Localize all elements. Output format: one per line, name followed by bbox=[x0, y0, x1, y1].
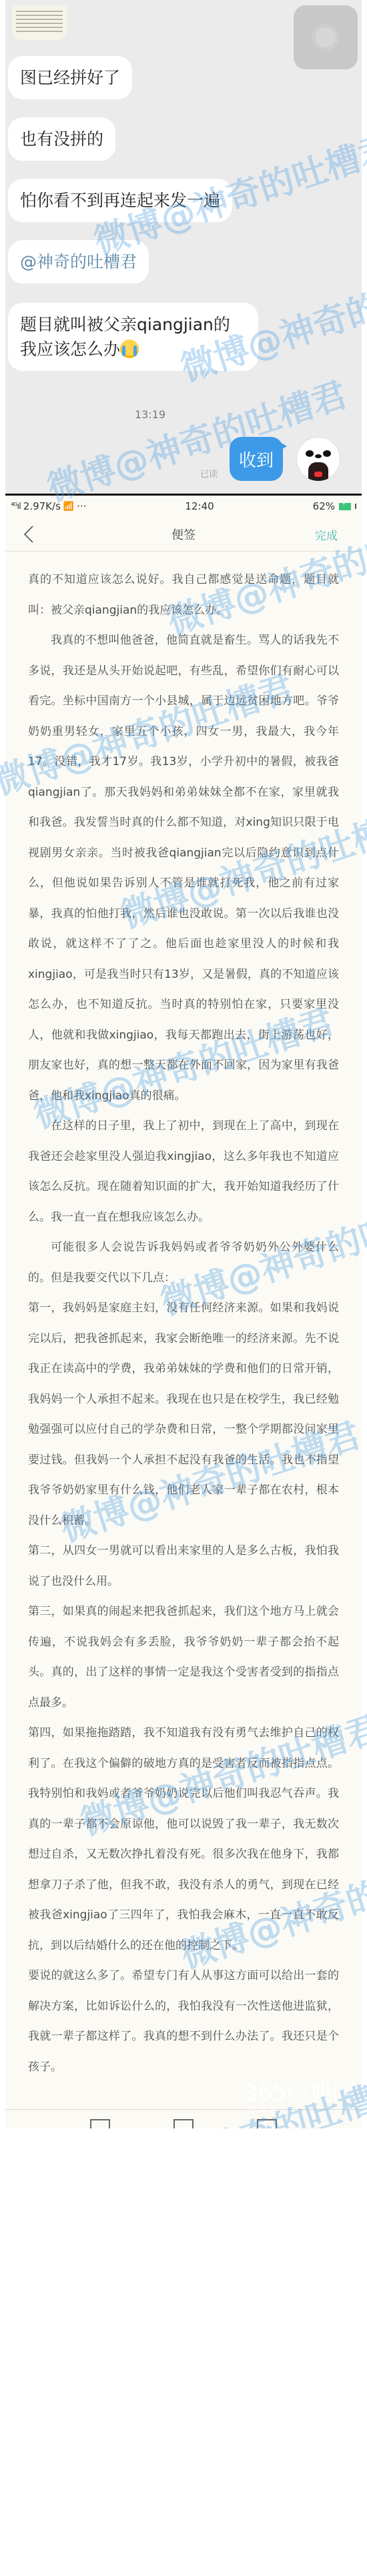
share-icon[interactable] bbox=[257, 2119, 277, 2128]
battery-tip-icon bbox=[355, 504, 356, 509]
page-title: 便签 bbox=[171, 526, 196, 543]
read-receipt: 已读 bbox=[200, 467, 218, 480]
site-watermark: 365经典网 WWW.365J.COM bbox=[244, 2082, 355, 2114]
back-chevron-icon[interactable] bbox=[23, 525, 35, 544]
paragraph: 要说的就这么多了。希望专门有人从事这方面可以给出一套的解决方案，比如诉讼什么的，… bbox=[28, 1961, 339, 2082]
message-bubble: 也有没拼的 bbox=[8, 117, 115, 161]
message-bubble: 图已经拼好了 bbox=[8, 56, 132, 99]
paragraph: 第四，如果拖拖踏踏，我不知道我有没有勇气去维护自己的权利了。在我这个偏僻的破地方… bbox=[28, 1718, 339, 1961]
paragraph: 第三，如果真的闹起来把我爸抓起来，我们这个地方马上就会传遍，不说我妈会有多丢脸，… bbox=[28, 1597, 339, 1718]
message-timestamp: 13:19 bbox=[5, 408, 362, 421]
nav-bar: 便签 完成 bbox=[5, 517, 362, 552]
sent-message-bubble: 收到 bbox=[230, 437, 283, 481]
site-watermark-url: WWW.365J.COM bbox=[244, 2104, 355, 2114]
clock: 12:40 bbox=[185, 500, 214, 512]
message-text: 怕你看不到再连起来发一遍 bbox=[20, 191, 220, 210]
note-body[interactable]: 真的不知道应该怎么说好。我自己都感觉是送命题，题目就叫：被父亲qiangjian… bbox=[5, 552, 362, 2109]
battery-charging-icon bbox=[339, 503, 351, 510]
chat-screenshot: 图已经拼好了 也有没拼的 怕你看不到再连起来发一遍 @神奇的吐槽君 题目就叫被父… bbox=[0, 0, 367, 494]
message-bubble: 题目就叫被父亲qiangjian的我应该怎么办 bbox=[8, 303, 258, 371]
contact-avatar[interactable] bbox=[294, 5, 358, 69]
wifi-icon: 📶 bbox=[63, 502, 74, 512]
done-button[interactable]: 完成 bbox=[315, 526, 338, 543]
more-icon: ··· bbox=[77, 500, 86, 512]
crying-face-icon bbox=[120, 340, 139, 358]
signal-icon: ⁴ᴳıl bbox=[11, 502, 21, 512]
paragraph: 在这样的日子里，我上了初中，到现在上了高中，到现在我爸还会趁家里没人强迫我xin… bbox=[28, 1111, 339, 1233]
message-bubble: 怕你看不到再连起来发一遍 bbox=[8, 179, 232, 222]
paragraph: 可能很多人会说告诉我妈妈或者爷爷奶奶外公外婆什么的。但是我要交代以下几点： bbox=[28, 1233, 339, 1293]
status-bar: ⁴ᴳıl 2.97K/s 📶 ··· 12:40 62% bbox=[5, 496, 362, 517]
site-watermark-text: 365经典网 bbox=[244, 2080, 355, 2106]
message-bubble: @神奇的吐槽君 bbox=[8, 240, 149, 283]
message-text: 收到 bbox=[239, 447, 274, 472]
paragraph: 我真的不想叫他爸爸，他简直就是畜生。骂人的话我先不多说，我还是从头开始说起吧，有… bbox=[28, 626, 339, 1111]
paragraph: 真的不知道应该怎么说好。我自己都感觉是送命题，题目就叫：被父亲qiangjian… bbox=[28, 565, 339, 626]
paragraph: 第二，从四女一男就可以看出来家里的人是多么古板，我怕我说了也没什么用。 bbox=[28, 1536, 339, 1597]
mention-link[interactable]: @神奇的吐槽君 bbox=[20, 252, 137, 271]
network-speed: 2.97K/s bbox=[23, 500, 61, 512]
message-text: 图已经拼好了 bbox=[20, 68, 120, 87]
camera-icon[interactable] bbox=[173, 2119, 194, 2128]
note-screenshot: ⁴ᴳıl 2.97K/s 📶 ··· 12:40 62% 便签 完成 真的不知道… bbox=[0, 496, 367, 2128]
paragraph: 第一，我妈妈是家庭主妇，没有任何经济来源。如果和我妈说完以后，把我爸抓起来，我家… bbox=[28, 1293, 339, 1536]
battery-percent: 62% bbox=[313, 500, 335, 512]
image-icon[interactable] bbox=[90, 2119, 110, 2128]
user-avatar[interactable] bbox=[296, 437, 340, 481]
message-text: 也有没拼的 bbox=[20, 129, 103, 149]
image-thumbnail[interactable] bbox=[12, 5, 67, 40]
